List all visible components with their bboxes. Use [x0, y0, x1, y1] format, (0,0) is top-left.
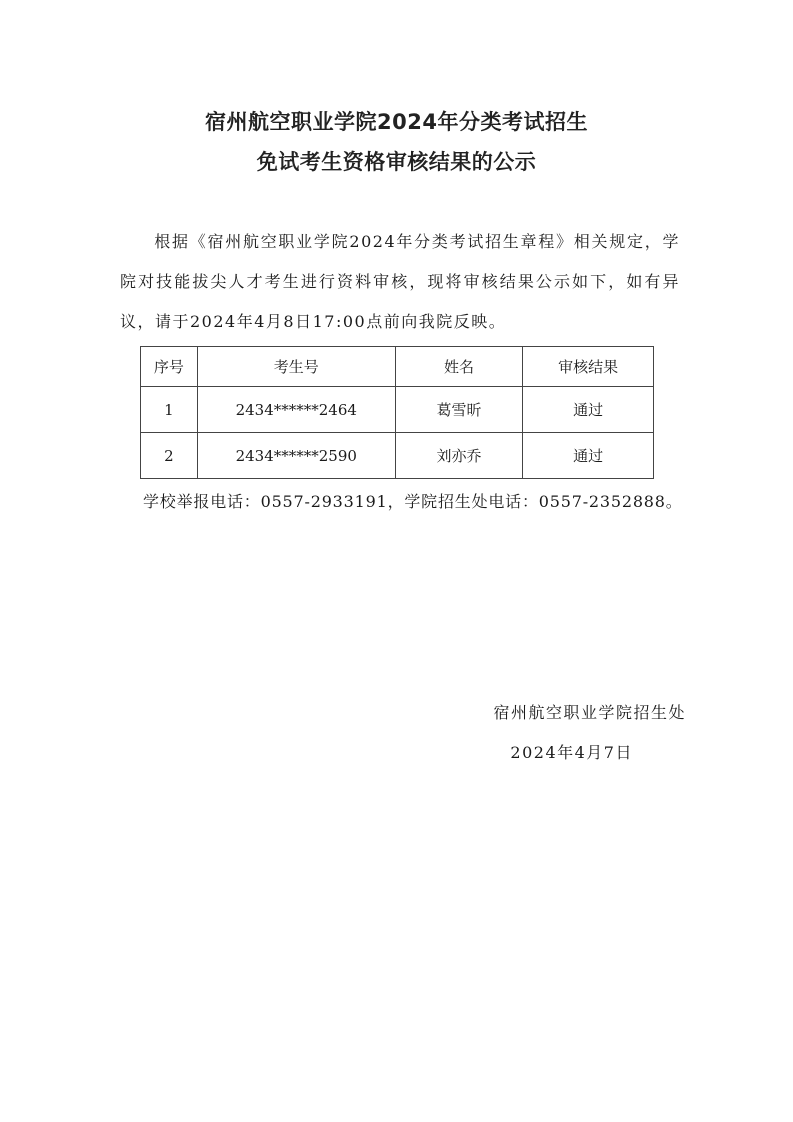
cell-index: 2	[141, 433, 198, 479]
document-title-line-2: 免试考生资格审核结果的公示	[0, 146, 793, 176]
header-name: 姓名	[395, 347, 523, 387]
contact-phone-line: 学校举报电话：0557-2933191，学院招生处电话：0557-2352888…	[143, 490, 743, 514]
paragraph-text: 根据《宿州航空职业学院2024年分类考试招生章程》相关规定，学院对技能拔尖人才考…	[120, 232, 680, 331]
header-result: 审核结果	[523, 347, 654, 387]
document-title-line-1: 宿州航空职业学院2024年分类考试招生	[0, 106, 793, 136]
table-row: 1 2434******2464 葛雪昕 通过	[141, 387, 654, 433]
review-result-table: 序号 考生号 姓名 审核结果 1 2434******2464 葛雪昕 通过 2…	[140, 346, 654, 479]
cell-exam-number: 2434******2590	[197, 433, 395, 479]
header-index: 序号	[141, 347, 198, 387]
cell-name: 葛雪昕	[395, 387, 523, 433]
announcement-paragraph: 根据《宿州航空职业学院2024年分类考试招生章程》相关规定，学院对技能拔尖人才考…	[120, 222, 680, 342]
table-header-row: 序号 考生号 姓名 审核结果	[141, 347, 654, 387]
signature-date: 2024年4月7日	[510, 740, 633, 763]
cell-exam-number: 2434******2464	[197, 387, 395, 433]
cell-result: 通过	[523, 387, 654, 433]
cell-name: 刘亦乔	[395, 433, 523, 479]
signature-organization: 宿州航空职业学院招生处	[493, 700, 686, 723]
table-row: 2 2434******2590 刘亦乔 通过	[141, 433, 654, 479]
cell-index: 1	[141, 387, 198, 433]
header-exam-number: 考生号	[197, 347, 395, 387]
cell-result: 通过	[523, 433, 654, 479]
